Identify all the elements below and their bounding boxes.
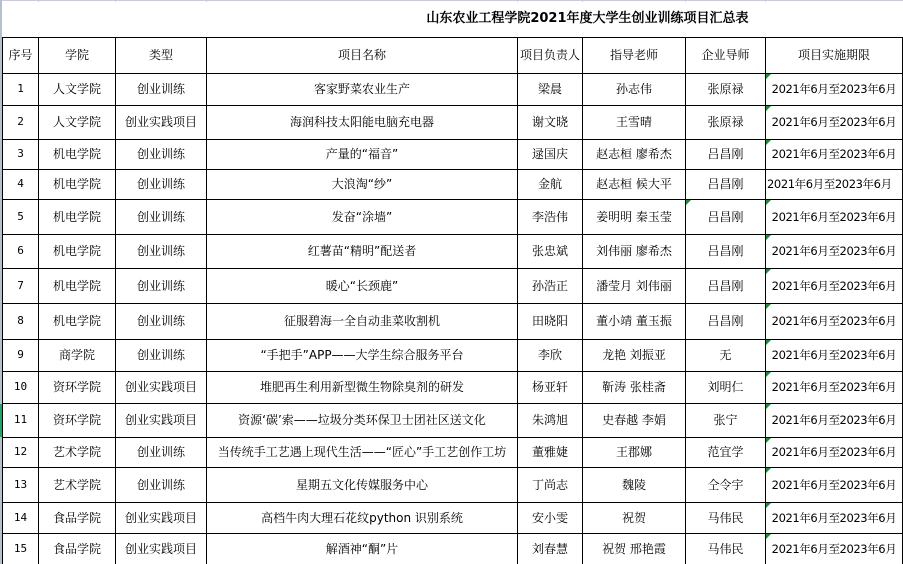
error-indicator-icon (766, 304, 771, 309)
cell-advisor[interactable]: 董小靖 董玉振 (583, 303, 686, 339)
table-row: 10 资环学院 创业实践项目 堆肥再生利用新型微生物除臭剂的研发 杨亚轩 靳涛 … (3, 371, 903, 403)
cell-mentor[interactable]: 马伟民 (686, 533, 766, 564)
table-row: 14 食品学院 创业实践项目 高档牛肉大理石花纹python 识别系统 安小雯 … (3, 502, 903, 533)
header-row: 序号 学院 类型 项目名称 项目负责人 指导老师 企业导师 项目实施期限 (3, 37, 903, 73)
cell-advisor[interactable]: 祝贺 邢艳霞 (583, 533, 686, 564)
table-row: 3 机电学院 创业训练 产量的“福音” 逯国庆 赵志桓 廖希杰 吕昌刚 2021… (3, 139, 903, 169)
error-indicator-icon (766, 534, 771, 539)
cell-no[interactable]: 12 (3, 437, 39, 467)
cell-leader[interactable]: 张忠斌 (518, 234, 583, 268)
cell-period[interactable]: 2021年6月至2023年6月 (766, 467, 903, 502)
header-leader[interactable]: 项目负责人 (518, 37, 583, 73)
cell-college[interactable]: 机电学院 (39, 268, 116, 303)
spreadsheet: 山东农业工程学院2021年度大学生创业训练项目汇总表 序号 学院 类型 项目名称… (0, 0, 903, 564)
cell-college[interactable]: 机电学院 (39, 234, 116, 268)
cell-leader[interactable]: 谢文晓 (518, 105, 583, 139)
table-row: 15 食品学院 创业实践项目 解酒神“酮”片 刘春慧 祝贺 邢艳霞 马伟民 20… (3, 533, 903, 564)
cell-period[interactable]: 2021年6月至2023年6月 (766, 105, 903, 139)
error-indicator-icon (766, 140, 771, 145)
table-row: 7 机电学院 创业训练 暖心“长颈鹿” 孙浩正 潘莹月 刘伟丽 吕昌刚 2021… (3, 268, 903, 303)
cell-college[interactable]: 艺术学院 (39, 437, 116, 467)
cell-leader[interactable]: 逯国庆 (518, 139, 583, 169)
period-text: 2021年6月至2023年6月 (772, 348, 897, 362)
cell-no[interactable]: 14 (3, 502, 39, 533)
error-indicator-icon (766, 468, 771, 473)
cell-no[interactable]: 3 (3, 139, 39, 169)
table-row: 4 机电学院 创业训练 大浪淘“纱” 金航 赵志桓 候大平 吕昌刚 2021年6… (3, 169, 903, 199)
cell-project-name[interactable]: 高档牛肉大理石花纹python 识别系统 (207, 502, 518, 533)
cell-project-name[interactable]: 堆肥再生利用新型微生物除臭剂的研发 (207, 371, 518, 403)
cell-mentor[interactable]: 无 (686, 339, 766, 371)
cell-period[interactable]: 2021年6月至2023年6月 (766, 268, 903, 303)
cell-project-name[interactable]: 发奋“涂墙” (207, 199, 518, 234)
cell-mentor[interactable]: 吕昌刚 (686, 169, 766, 199)
cell-advisor[interactable]: 王郡娜 (583, 437, 686, 467)
header-no[interactable]: 序号 (3, 37, 39, 73)
cell-leader[interactable]: 安小雯 (518, 502, 583, 533)
cell-mentor[interactable]: 吕昌刚 (686, 303, 766, 339)
error-indicator-icon (766, 235, 771, 240)
cell-type[interactable]: 创业训练 (116, 199, 207, 234)
cell-leader[interactable]: 孙浩正 (518, 268, 583, 303)
cell-period[interactable]: 2021年6月至2023年6月 (766, 371, 903, 403)
cell-college[interactable]: 商学院 (39, 339, 116, 371)
cell-mentor[interactable]: 范宜学 (686, 437, 766, 467)
cell-mentor[interactable]: 吕昌刚 (686, 234, 766, 268)
header-type[interactable]: 类型 (116, 37, 207, 73)
cell-leader[interactable]: 田晓阳 (518, 303, 583, 339)
period-text: 2021年6月至2023年6月 (772, 115, 897, 129)
cell-no[interactable]: 11 (3, 403, 39, 437)
table-row: 8 机电学院 创业训练 征服碧海一全自动韭菜收割机 田晓阳 董小靖 董玉振 吕昌… (3, 303, 903, 339)
error-indicator-icon (766, 340, 771, 345)
cell-type[interactable]: 创业实践项目 (116, 502, 207, 533)
period-text: 2021年6月至2023年6月 (772, 478, 897, 492)
cell-college[interactable]: 人文学院 (39, 105, 116, 139)
cell-advisor[interactable]: 潘莹月 刘伟丽 (583, 268, 686, 303)
cell-leader[interactable]: 朱鸿旭 (518, 403, 583, 437)
cell-type[interactable]: 创业实践项目 (116, 371, 207, 403)
cell-advisor[interactable]: 魏陵 (583, 467, 686, 502)
cell-leader[interactable]: 李欣 (518, 339, 583, 371)
cell-leader[interactable]: 董雅婕 (518, 437, 583, 467)
header-project-name[interactable]: 项目名称 (207, 37, 518, 73)
cell-advisor[interactable]: 赵志桓 廖希杰 (583, 139, 686, 169)
cell-college[interactable]: 资环学院 (39, 403, 116, 437)
cell-leader[interactable]: 刘春慧 (518, 533, 583, 564)
period-text: 2021年6月至2023年6月 (772, 147, 897, 161)
title-row: 山东农业工程学院2021年度大学生创业训练项目汇总表 (3, 1, 903, 37)
cell-mentor[interactable]: 吕昌刚 (686, 199, 766, 234)
cell-period[interactable]: 2021年6月至2023年6月 (766, 303, 903, 339)
cell-no[interactable]: 1 (3, 73, 39, 105)
cell-leader[interactable]: 金航 (518, 169, 583, 199)
cell-advisor[interactable]: 史春越 李娟 (583, 403, 686, 437)
period-text: 2021年6月至2023年6月 (772, 82, 897, 96)
table-row: 1 人文学院 创业训练 客家野菜农业生产 梁晨 孙志伟 张原禄 2021年6月至… (3, 73, 903, 105)
cell-project-name[interactable]: 征服碧海一全自动韭菜收割机 (207, 303, 518, 339)
cell-advisor[interactable]: 祝贺 (583, 502, 686, 533)
cell-type[interactable]: 创业训练 (116, 303, 207, 339)
cell-period[interactable]: 2021年6月至2023年6月 (766, 502, 903, 533)
cell-college[interactable]: 人文学院 (39, 73, 116, 105)
cell-type[interactable]: 创业实践项目 (116, 403, 207, 437)
table-row: 12 艺术学院 创业训练 当传统手工艺遇上现代生活——“匠心”手工艺创作工坊 董… (3, 437, 903, 467)
cell-project-name[interactable]: 解酒神“酮”片 (207, 533, 518, 564)
table-row: 5 机电学院 创业训练 发奋“涂墙” 李浩伟 姜明明 秦玉莹 吕昌刚 2021年… (3, 199, 903, 234)
period-text: 2021年6月至2023年6月 (772, 445, 897, 459)
cell-project-name[interactable]: 产量的“福音” (207, 139, 518, 169)
header-college[interactable]: 学院 (39, 37, 116, 73)
error-indicator-icon (766, 503, 771, 508)
cell-no[interactable]: 10 (3, 371, 39, 403)
period-text: 2021年6月至2023年6月 (772, 210, 897, 224)
cell-project-name[interactable]: 大浪淘“纱” (207, 169, 518, 199)
cell-type[interactable]: 创业训练 (116, 268, 207, 303)
period-text: 2021年6月至2023年6月 (772, 279, 897, 293)
header-period[interactable]: 项目实施期限 (766, 37, 903, 73)
error-indicator-icon (766, 106, 771, 111)
cell-type[interactable]: 创业训练 (116, 169, 207, 199)
cell-project-name[interactable]: 资源‘碳’索——垃圾分类环保卫士团社区送文化 (207, 403, 518, 437)
cell-advisor[interactable]: 孙志伟 (583, 73, 686, 105)
cell-type[interactable]: 创业训练 (116, 437, 207, 467)
cell-period[interactable]: 2021年6月至2023年6月 (766, 73, 903, 105)
cell-no[interactable]: 6 (3, 234, 39, 268)
cell-period[interactable]: 2021年6月至2023年6月 (766, 437, 903, 467)
cell-college[interactable]: 艺术学院 (39, 467, 116, 502)
table-row: 2 人文学院 创业实践项目 海润科技太阳能电脑充电器 谢文晓 王雪晴 张原禄 2… (3, 105, 903, 139)
cell-advisor[interactable]: 姜明明 秦玉莹 (583, 199, 686, 234)
cell-period[interactable]: 2021年6月至2023年6月 (766, 199, 903, 234)
cell-leader[interactable]: 李浩伟 (518, 199, 583, 234)
cell-no[interactable]: 7 (3, 268, 39, 303)
cell-mentor[interactable]: 吕昌刚 (686, 268, 766, 303)
period-text: 2021年6月至2023年6月 (772, 314, 897, 328)
cell-period[interactable]: 2021年6月至2023年6月 (766, 533, 903, 564)
cell-project-name[interactable]: 海润科技太阳能电脑充电器 (207, 105, 518, 139)
cell-mentor[interactable]: 马伟民 (686, 502, 766, 533)
cell-college[interactable]: 机电学院 (39, 169, 116, 199)
cell-type[interactable]: 创业实践项目 (116, 105, 207, 139)
cell-type[interactable]: 创业训练 (116, 467, 207, 502)
header-mentor[interactable]: 企业导师 (686, 37, 766, 73)
header-advisor[interactable]: 指导老师 (583, 37, 686, 73)
cell-mentor[interactable]: 吕昌刚 (686, 139, 766, 169)
cell-college[interactable]: 机电学院 (39, 139, 116, 169)
period-text: 2021年6月至2023年6月 (772, 413, 897, 427)
cell-project-name[interactable]: 客家野菜农业生产 (207, 73, 518, 105)
cell-advisor[interactable]: 赵志桓 候大平 (583, 169, 686, 199)
cell-no[interactable]: 5 (3, 199, 39, 234)
period-text: 2021年6月至2023年6月 (772, 511, 897, 525)
cell-project-name[interactable]: 红薯苗“精明”配送者 (207, 234, 518, 268)
cell-no[interactable]: 2 (3, 105, 39, 139)
cell-no[interactable]: 15 (3, 533, 39, 564)
table-row: 13 艺术学院 创业训练 星期五文化传媒服务中心 丁尚志 魏陵 仝令宇 2021… (3, 467, 903, 502)
cell-mentor[interactable]: 刘明仁 (686, 371, 766, 403)
sheet-title[interactable]: 山东农业工程学院2021年度大学生创业训练项目汇总表 (3, 1, 903, 37)
mentor-text: 吕昌刚 (707, 210, 743, 224)
cell-mentor[interactable]: 张原禄 (686, 105, 766, 139)
cell-mentor[interactable]: 张原禄 (686, 73, 766, 105)
cell-college[interactable]: 资环学院 (39, 371, 116, 403)
cell-project-name[interactable]: 星期五文化传媒服务中心 (207, 467, 518, 502)
cell-type[interactable]: 创业训练 (116, 339, 207, 371)
error-indicator-icon (766, 269, 771, 274)
cell-college[interactable]: 食品学院 (39, 502, 116, 533)
cell-no[interactable]: 4 (3, 169, 39, 199)
error-indicator-icon (766, 372, 771, 377)
cell-period[interactable]: 2021年6月至2023年6月 (766, 403, 903, 437)
period-text: 2021年6月至2023年6月 (772, 542, 897, 556)
cell-mentor[interactable]: 仝令宇 (686, 467, 766, 502)
cell-leader[interactable]: 杨亚轩 (518, 371, 583, 403)
cell-project-name[interactable]: 当传统手工艺遇上现代生活——“匠心”手工艺创作工坊 (207, 437, 518, 467)
cell-advisor[interactable]: 靳涛 张桂斋 (583, 371, 686, 403)
error-indicator-icon (686, 200, 691, 205)
table-row: 9 商学院 创业训练 “手把手”APP——大学生综合服务平台 李欣 龙艳 刘振亚… (3, 339, 903, 371)
error-indicator-icon (766, 404, 771, 409)
cell-period[interactable]: 2021年6月至2023年6月 (766, 339, 903, 371)
cell-type[interactable]: 创业训练 (116, 73, 207, 105)
cell-advisor[interactable]: 龙艳 刘振亚 (583, 339, 686, 371)
cell-no[interactable]: 13 (3, 467, 39, 502)
table-row: 11 资环学院 创业实践项目 资源‘碳’索——垃圾分类环保卫士团社区送文化 朱鸿… (3, 403, 903, 437)
cell-advisor[interactable]: 王雪晴 (583, 105, 686, 139)
cell-type[interactable]: 创业训练 (116, 234, 207, 268)
period-text: 2021年6月至2023年6月 (772, 244, 897, 258)
cell-period[interactable]: 2021年6月至2023年6月 (766, 139, 903, 169)
cell-no[interactable]: 9 (3, 339, 39, 371)
cell-mentor[interactable]: 张宁 (686, 403, 766, 437)
cell-type[interactable]: 创业实践项目 (116, 533, 207, 564)
error-indicator-icon (766, 74, 771, 79)
error-indicator-icon (766, 438, 771, 443)
period-text: 2021年6月至2023年6月 (772, 380, 897, 394)
cell-type[interactable]: 创业训练 (116, 139, 207, 169)
cell-period[interactable]: 2021年6月至2023年6月 (766, 234, 903, 268)
cell-advisor[interactable]: 刘伟丽 廖希杰 (583, 234, 686, 268)
cell-project-name[interactable]: 暖心“长颈鹿” (207, 268, 518, 303)
table-row: 6 机电学院 创业训练 红薯苗“精明”配送者 张忠斌 刘伟丽 廖希杰 吕昌刚 2… (3, 234, 903, 268)
cell-leader[interactable]: 丁尚志 (518, 467, 583, 502)
cell-college[interactable]: 机电学院 (39, 303, 116, 339)
cell-no[interactable]: 8 (3, 303, 39, 339)
cell-college[interactable]: 机电学院 (39, 199, 116, 234)
error-indicator-icon (766, 200, 771, 205)
cell-college[interactable]: 食品学院 (39, 533, 116, 564)
cell-leader[interactable]: 梁晨 (518, 73, 583, 105)
cell-period[interactable]: 2021年6月至2023年6月 (766, 169, 903, 199)
cell-project-name[interactable]: “手把手”APP——大学生综合服务平台 (207, 339, 518, 371)
project-summary-table: 山东农业工程学院2021年度大学生创业训练项目汇总表 序号 学院 类型 项目名称… (2, 1, 903, 564)
